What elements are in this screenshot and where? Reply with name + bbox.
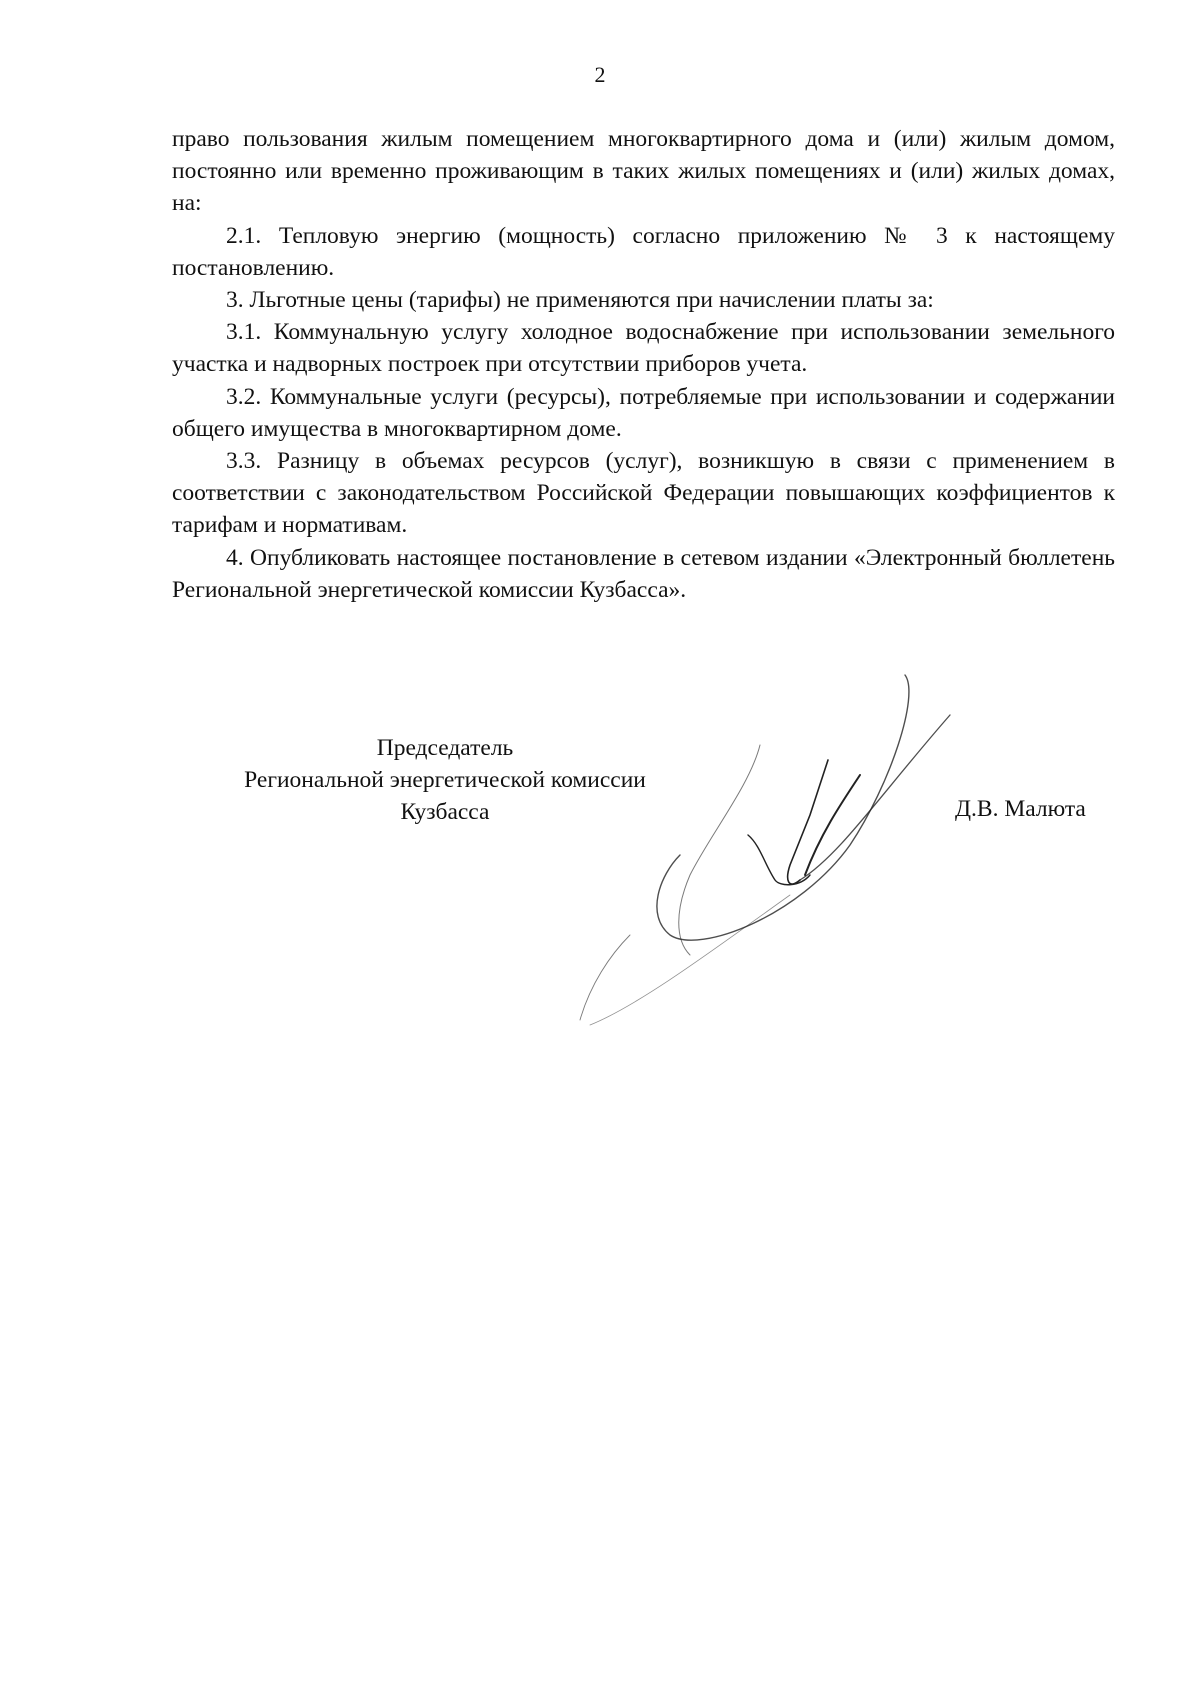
paragraph-3: 3. Льготные цены (тарифы) не применяются… — [172, 284, 1115, 316]
paragraph-3-3: 3.3. Разницу в объемах ресурсов (услуг),… — [172, 445, 1115, 542]
paragraph-continuation: право пользования жилым помещением много… — [172, 123, 1115, 220]
paragraph-3-2: 3.2. Коммунальные услуги (ресурсы), потр… — [172, 381, 1115, 445]
paragraph-2-1: 2.1. Тепловую энергию (мощность) согласн… — [172, 220, 1115, 284]
signer-name: Д.В. Малюта — [955, 796, 1086, 823]
page-number: 2 — [0, 62, 1200, 88]
handwritten-signature-icon — [560, 665, 980, 1045]
paragraph-3-1: 3.1. Коммунальную услугу холодное водосн… — [172, 316, 1115, 380]
paragraph-4: 4. Опубликовать настоящее постановление … — [172, 542, 1115, 606]
document-body: право пользования жилым помещением много… — [172, 123, 1115, 606]
